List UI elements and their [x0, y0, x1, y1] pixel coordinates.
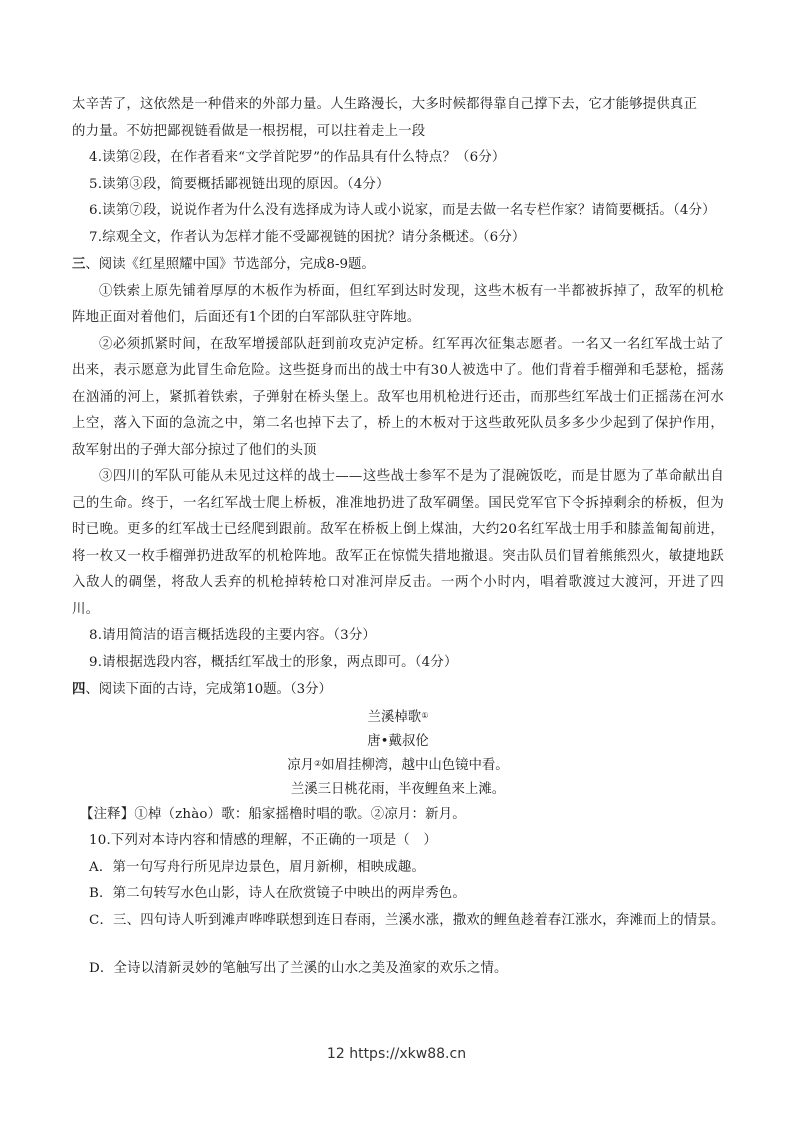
question-10: 10.下列对本诗内容和情感的理解，不正确的一项是（ ） [72, 828, 724, 855]
section-3-number: 三 [72, 256, 85, 272]
section-4-heading: 四、阅读下面的古诗，完成第10题。（3分） [72, 676, 724, 704]
poem-title: 兰溪棹歌① [72, 706, 724, 730]
footer-url[interactable]: https://xkw88.cn [349, 1046, 466, 1062]
question-5: 5.读第③段，简要概括鄙视链出现的原因。（4分） [72, 172, 724, 199]
poem-annotation: 【注释】①棹（zhào）歌：船家摇橹时唱的歌。②凉月：新月。 [72, 802, 724, 829]
section-4-number: 四 [72, 681, 85, 697]
passage-paragraph-3: ③四川的军队可能从未见过这样的战士——这些战士参军不是为了混碗饭吃，而是甘愿为了… [72, 464, 724, 623]
poem-line-2: 兰溪三日桃花雨，半夜鲤鱼来上滩。 [72, 778, 724, 802]
passage-paragraph-1: ①铁索上原先铺着厚厚的木板作为桥面，但红军到达时发现，这些木板有一半都被拆掉了，… [72, 279, 724, 332]
question-6: 6.读第⑦段，说说作者为什么没有选择成为诗人或小说家，而是去做一名专栏作家？请简… [72, 198, 724, 225]
option-a: A．第一句写舟行所见岸边景色，眉月新柳，相映成趣。 [72, 855, 724, 882]
poem-line-1-end: 如眉挂柳湾，越中山色镜中看。 [321, 758, 508, 773]
document-page: 太辛苦了，这依然是一种借来的外部力量。人生路漫长，大多时候都得靠自己撑下去，它才… [72, 92, 724, 983]
page-number: 12 [327, 1046, 345, 1062]
poem-title-footnote-marker: ① [421, 711, 428, 720]
question-8: 8.请用简洁的语言概括选段的主要内容。（3分） [72, 623, 724, 650]
question-7: 7.综观全文，作者认为怎样才能不受鄙视链的困扰？请分条概述。（6分） [72, 225, 724, 252]
spacer [72, 934, 724, 956]
page-footer: 12 https://xkw88.cn [0, 1046, 793, 1062]
poem-line-1-start: 凉月 [287, 758, 314, 773]
poem-title-text: 兰溪棹歌 [368, 710, 422, 725]
poem-line-1: 凉月②如眉挂柳湾，越中山色镜中看。 [72, 754, 724, 778]
passage-paragraph-2: ②必须抓紧时间，在敌军增援部队赶到前攻克泸定桥。红军再次征集志愿者。一名又一名红… [72, 332, 724, 465]
poem-author: 唐•戴叔伦 [72, 730, 724, 754]
intro-line-2: 的力量。不妨把鄙视链看做是一根拐棍，可以拄着走上一段 [72, 119, 724, 146]
section-3-heading: 三、阅读《红星照耀中国》节选部分，完成8-9题。 [72, 251, 724, 279]
poem-line-footnote-marker: ② [314, 759, 321, 768]
option-b: B．第二句转写水色山影，诗人在欣赏镜子中映出的两岸秀色。 [72, 881, 724, 908]
section-3-title: 、阅读《红星照耀中国》节选部分，完成8-9题。 [85, 257, 374, 272]
question-9: 9.请根据选段内容，概括红军战士的形象，两点即可。（4分） [72, 650, 724, 677]
question-4: 4.读第②段，在作者看来“文学首陀罗”的作品具有什么特点？（6分） [72, 145, 724, 172]
intro-line-1: 太辛苦了，这依然是一种借来的外部力量。人生路漫长，大多时候都得靠自己撑下去，它才… [72, 92, 724, 119]
section-4-title: 、阅读下面的古诗，完成第10题。（3分） [85, 682, 332, 697]
option-c: C．三、四句诗人听到滩声哗哗联想到连日春雨，兰溪水涨，撒欢的鲤鱼趁着春江涨水，奔… [72, 908, 724, 935]
option-d: D．全诗以清新灵妙的笔触写出了兰溪的山水之美及渔家的欢乐之情。 [72, 956, 724, 983]
